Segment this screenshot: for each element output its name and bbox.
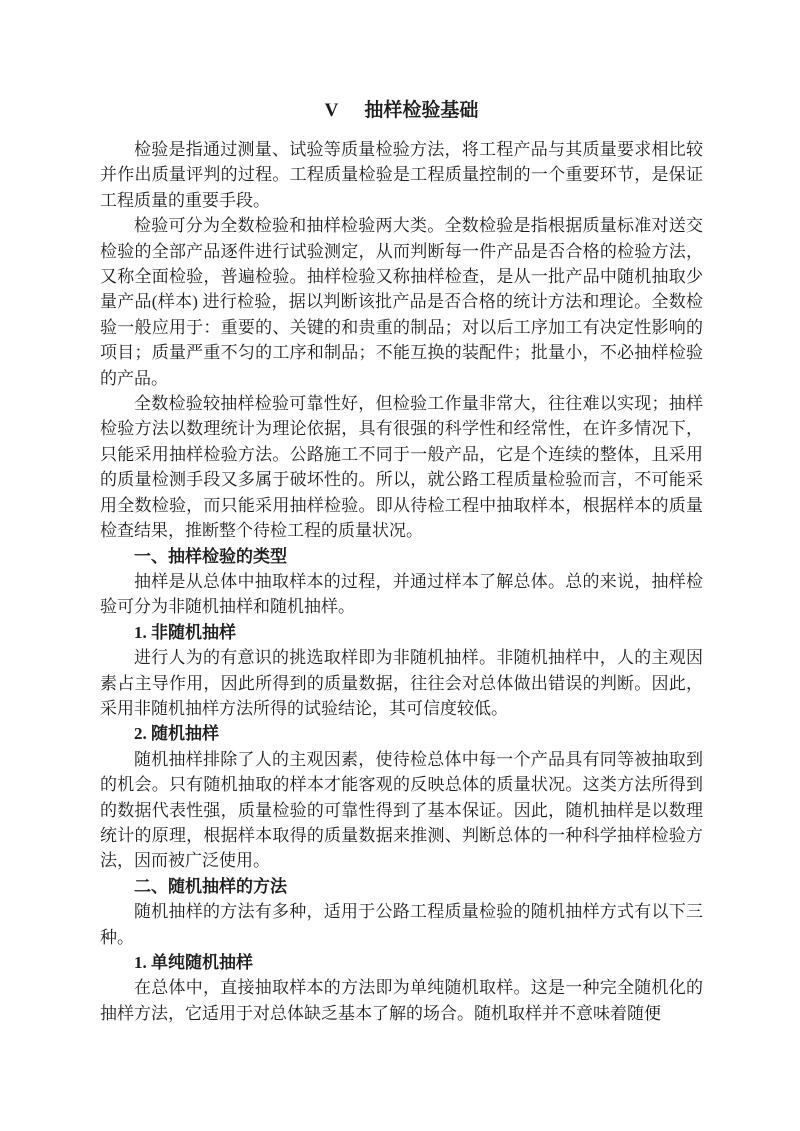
paragraph-methods-intro: 随机抽样的方法有多种，适用于公路工程质量检验的随机抽样方式有以下三种。 xyxy=(100,899,703,950)
title-numeral: V xyxy=(325,100,339,121)
section-heading-sampling-types: 一、抽样检验的类型 xyxy=(100,544,703,569)
paragraph-comparison: 全数检验较抽样检验可靠性好，但检验工作量非常大，往往难以实现；抽样检验方法以数理… xyxy=(100,391,703,543)
paragraph-simple-random-sampling: 在总体中，直接抽取样本的方法即为单纯随机取样。这是一种完全随机化的抽样方法，它适… xyxy=(100,975,703,1026)
title-text: 抽样检验基础 xyxy=(364,100,478,121)
subheading-simple-random-sampling: 1. 单纯随机抽样 xyxy=(100,950,703,975)
paragraph-nonrandom-sampling: 进行人为的有意识的挑选取样即为非随机抽样。非随机抽样中，人的主观因素占主导作用，… xyxy=(100,645,703,721)
paragraph-sampling-definition: 抽样是从总体中抽取样本的过程，并通过样本了解总体。总的来说，抽样检验可分为非随机… xyxy=(100,569,703,620)
page-title: V抽样检验基础 xyxy=(100,96,703,126)
paragraph-inspection-types: 检验可分为全数检验和抽样检验两大类。全数检验是指根据质量标准对送交检验的全部产品… xyxy=(100,213,703,391)
paragraph-intro: 检验是指通过测量、试验等质量检验方法，将工程产品与其质量要求相比较并作出质量评判… xyxy=(100,137,703,213)
section-heading-random-methods: 二、随机抽样的方法 xyxy=(100,874,703,899)
subheading-nonrandom-sampling: 1. 非随机抽样 xyxy=(100,620,703,645)
subheading-random-sampling: 2. 随机抽样 xyxy=(100,721,703,746)
paragraph-random-sampling: 随机抽样排除了人的主观因素，使待检总体中每一个产品具有同等被抽取到的机会。只有随… xyxy=(100,747,703,874)
document-page: V抽样检验基础 检验是指通过测量、试验等质量检验方法，将工程产品与其质量要求相比… xyxy=(0,0,800,1131)
